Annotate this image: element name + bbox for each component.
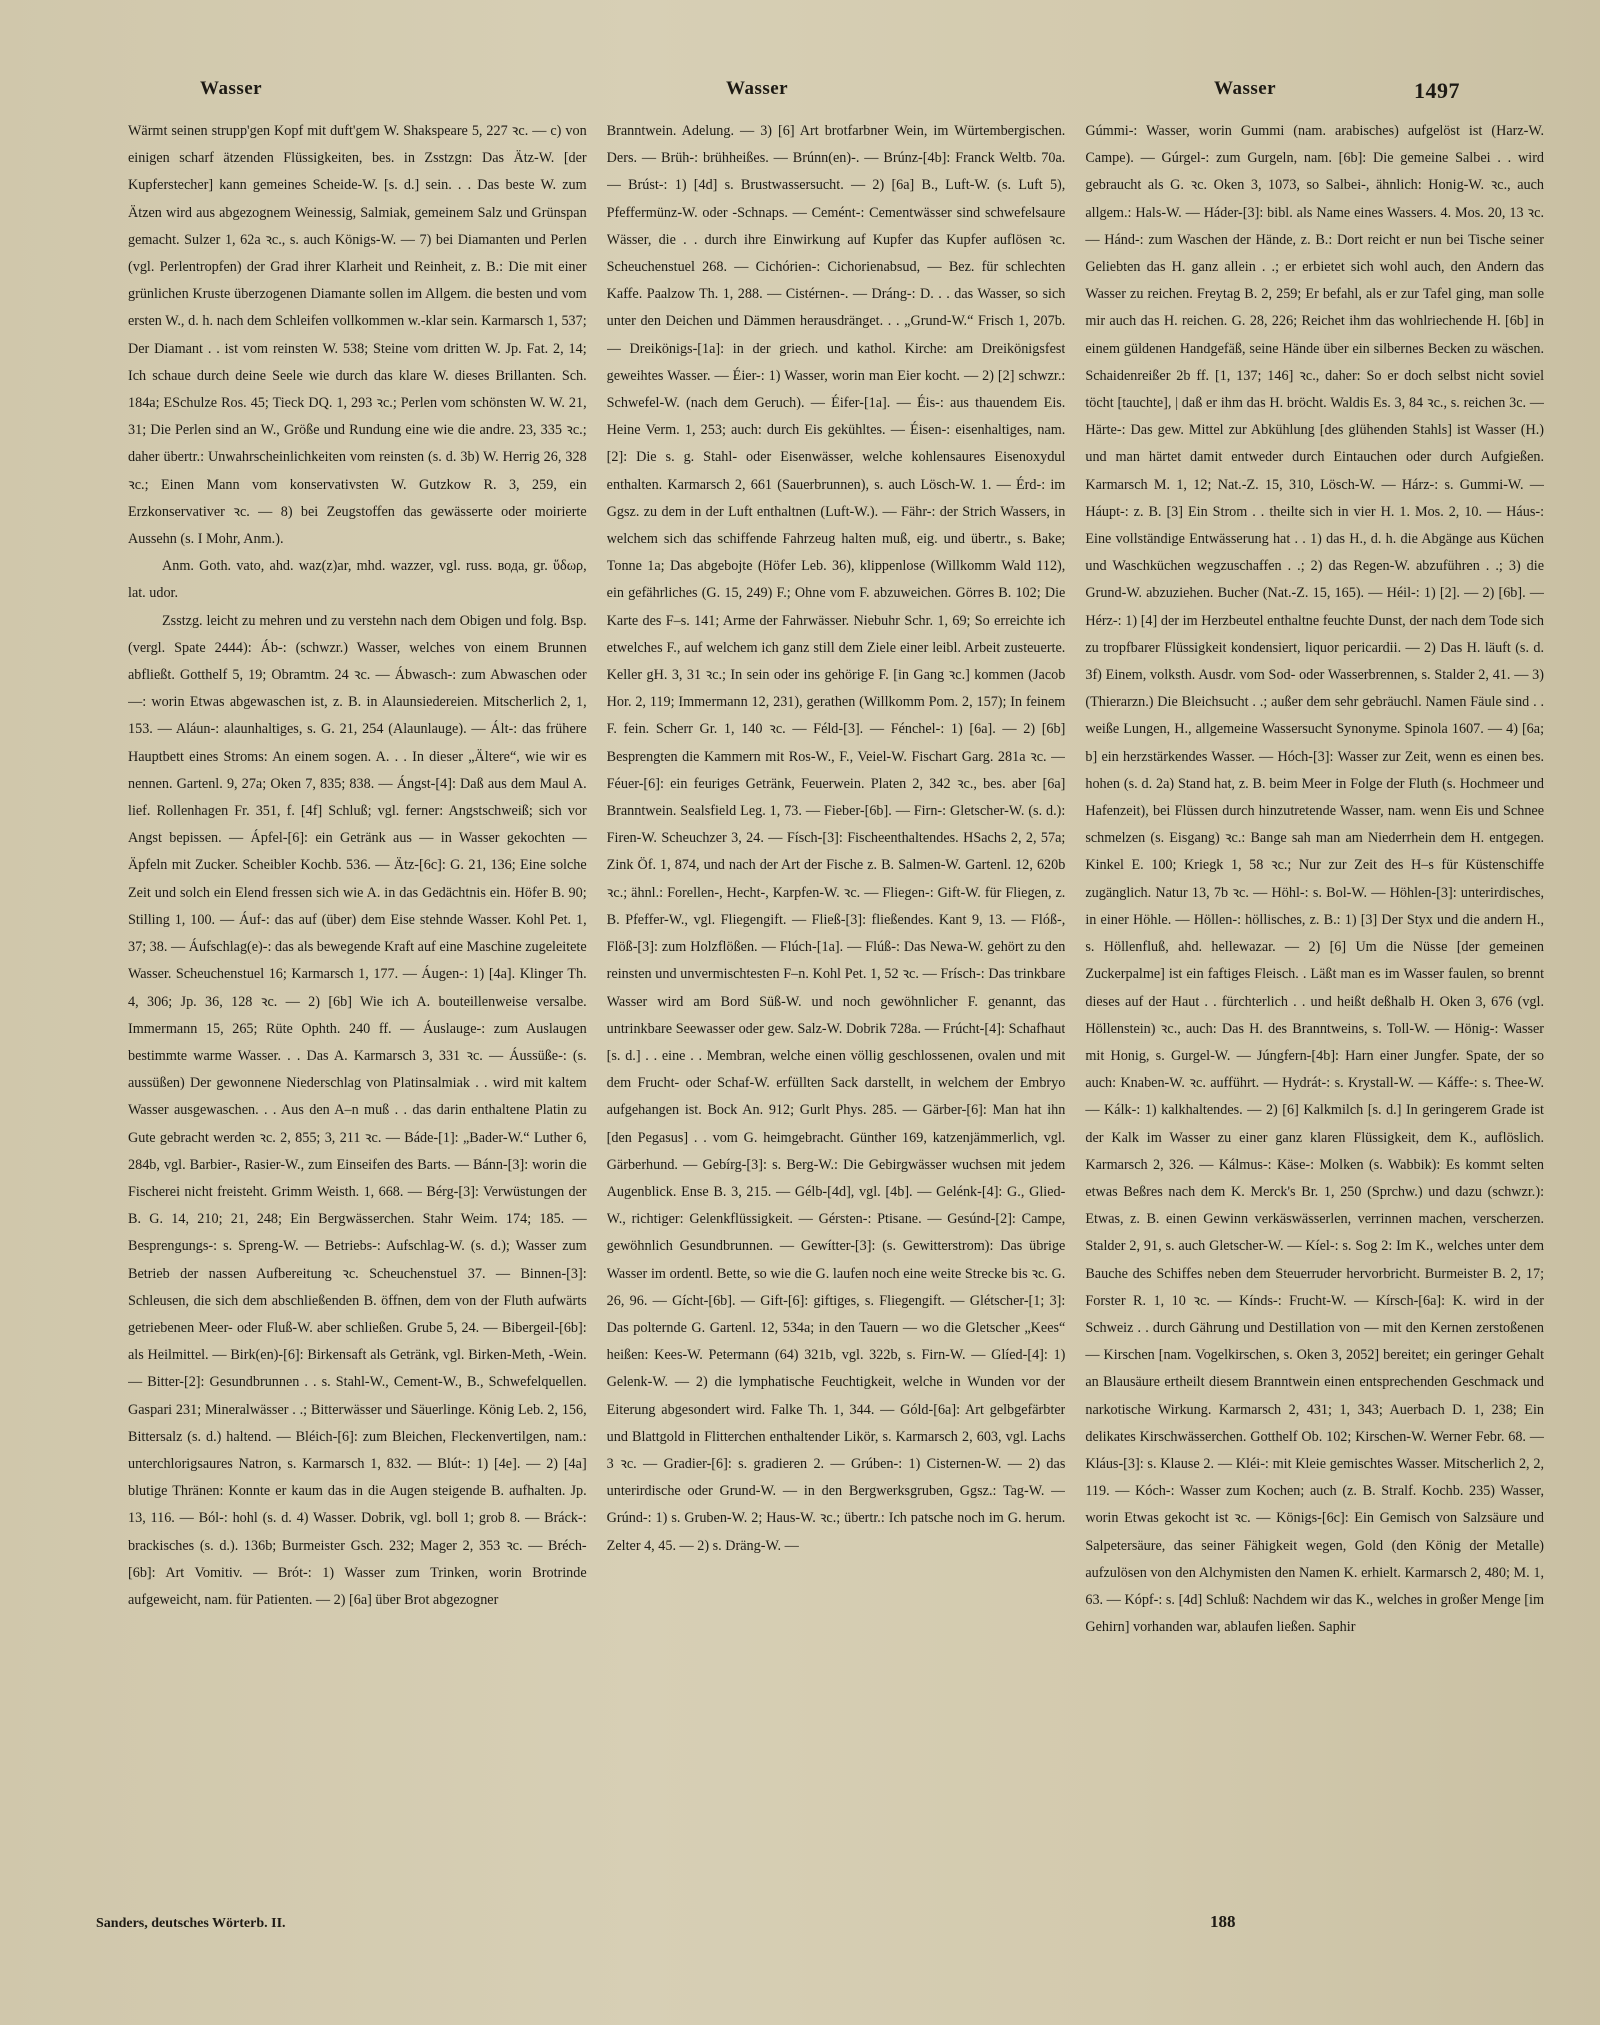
dictionary-columns: Wärmt seinen strupp'gen Kopf mit duft'ge…: [128, 118, 1544, 1923]
running-head-right: Wasser: [1214, 78, 1276, 100]
running-head-left: Wasser: [200, 78, 262, 100]
column-1-paragraph-anm: Anm. Goth. vato, ahd. waz(z)ar, mhd. waz…: [128, 553, 587, 607]
page-number: 1497: [1414, 78, 1460, 104]
column-3: Gúmmi-: Wasser, worin Gummi (nam. arabis…: [1085, 118, 1544, 1923]
column-1-paragraph-zsstzg: Zsstzg. leicht zu mehren und zu verstehn…: [128, 608, 587, 1615]
footer-book-title: Sanders, deutsches Wörterb. II.: [96, 1916, 286, 1932]
column-1-paragraph-1: Wärmt seinen strupp'gen Kopf mit duft'ge…: [128, 118, 587, 553]
running-head-center: Wasser: [726, 78, 788, 100]
column-1: Wärmt seinen strupp'gen Kopf mit duft'ge…: [128, 118, 587, 1923]
column-2: Branntwein. Adelung. — 3) [6] Art brotfa…: [607, 118, 1066, 1923]
footer-signature-mark: 188: [1210, 1912, 1236, 1932]
column-2-paragraph-1: Branntwein. Adelung. — 3) [6] Art brotfa…: [607, 118, 1066, 1560]
running-head: Wasser Wasser Wasser 1497: [0, 78, 1600, 108]
column-3-paragraph-1: Gúmmi-: Wasser, worin Gummi (nam. arabis…: [1085, 118, 1544, 1641]
